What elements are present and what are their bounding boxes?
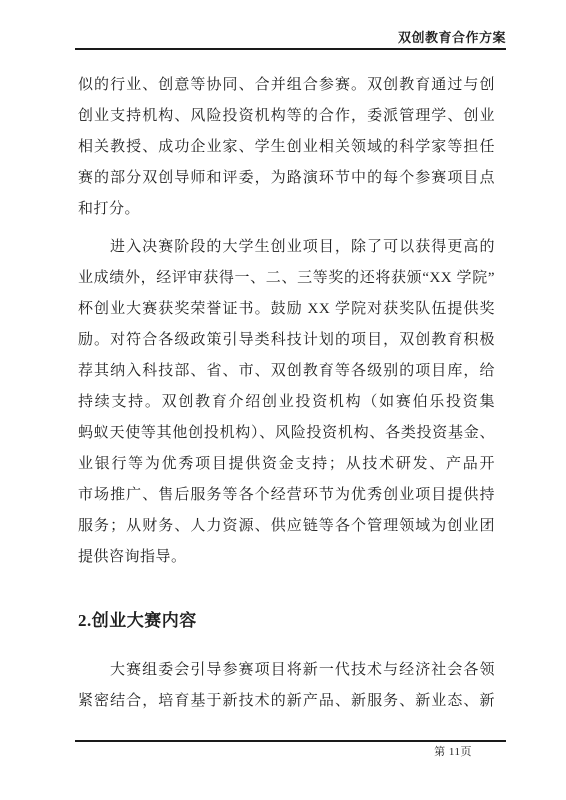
- text-line: 杯创业大赛获奖荣誉证书。鼓励 XX 学院对获奖队伍提供奖金激: [78, 294, 495, 325]
- text-line: 和打分。: [78, 194, 495, 225]
- paragraph-3: 大赛组委会引导参赛项目将新一代技术与经济社会各领域紧密结合，培育基于新技术的新产…: [78, 655, 495, 717]
- text-line: 相关教授、成功企业家、学生创业相关领域的科学家等担任大: [78, 132, 495, 163]
- text-line: 进入决赛阶段的大学生创业项目，除了可以获得更高的学: [78, 232, 495, 263]
- document-page: 双创教育合作方案 似的行业、创意等协同、合并组合参赛。双创教育通过与创新创业支持…: [0, 0, 566, 800]
- document-body: 似的行业、创意等协同、合并组合参赛。双创教育通过与创新创业支持机构、风险投资机构…: [0, 0, 566, 800]
- text-line: 持续支持。双创教育介绍创业投资机构（如赛伯乐投资集团、: [78, 387, 495, 418]
- text-line: 大赛组委会引导参赛项目将新一代技术与经济社会各领域: [78, 655, 495, 686]
- text-line: 创业支持机构、风险投资机构等的合作，委派管理学、创业学: [78, 101, 495, 132]
- text-line: 似的行业、创意等协同、合并组合参赛。双创教育通过与创新: [78, 70, 495, 101]
- text-line: 业银行等为优秀项目提供资金支持；从技术研发、产品开发、: [78, 449, 495, 480]
- text-line: 市场推广、售后服务等各个经营环节为优秀创业项目提供持续: [78, 480, 495, 511]
- page-footer: 第 11页: [75, 740, 506, 759]
- paragraph-1: 似的行业、创意等协同、合并组合参赛。双创教育通过与创新创业支持机构、风险投资机构…: [78, 70, 495, 225]
- text-line: 蚂蚁天使等其他创投机构）、风险投资机构、各类投资基金、商: [78, 418, 495, 449]
- text-line: 紧密结合，培育基于新技术的新产品、新服务、新业态、新模: [78, 686, 495, 717]
- paragraph-2: 进入决赛阶段的大学生创业项目，除了可以获得更高的学业成绩外，经评审获得一、二、三…: [78, 232, 495, 573]
- text-line: 荐其纳入科技部、省、市、双创教育等各级别的项目库，给予: [78, 356, 495, 387]
- text-line: 业成绩外，经评审获得一、二、三等奖的还将获颁“XX 学院”: [78, 263, 495, 294]
- page-number: 第 11页: [75, 746, 506, 759]
- text-line: 服务；从财务、人力资源、供应链等各个管理领域为创业团队: [78, 511, 495, 542]
- text-line: 励。对符合各级政策引导类科技计划的项目，双创教育积极推: [78, 325, 495, 356]
- section-heading: 2.创业大赛内容: [78, 605, 495, 636]
- text-line: 提供咨询指导。: [78, 542, 495, 573]
- text-line: 赛的部分双创导师和评委，为路演环节中的每个参赛项目点评: [78, 163, 495, 194]
